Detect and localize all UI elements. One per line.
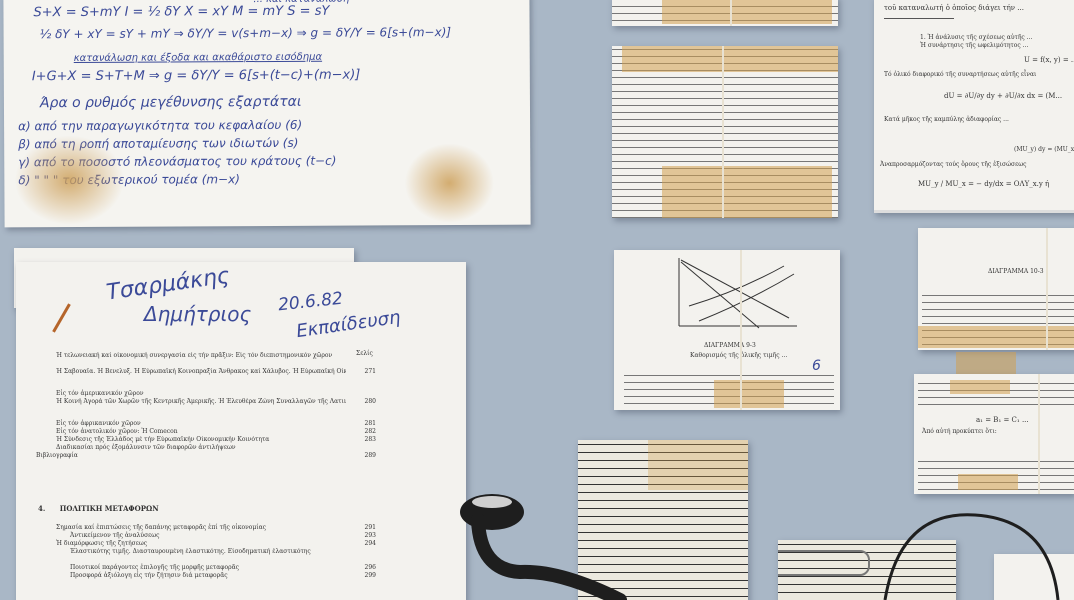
section-list: Σημασία καί ἐπιπτώσεις τῆς δαπάνης μεταφ… bbox=[56, 524, 376, 580]
toc-entry: Ποιοτικοί παράγοντες ἐπιλογῆς τῆς μορφῆς… bbox=[56, 564, 376, 572]
rolled-page-right-upper: ΔΙΑΓΡΑΜΜΑ 10-3 bbox=[918, 228, 1074, 350]
page-line: Ἀναπροσαρμόζοντας τούς ὅρους τῆς ἐξισώσε… bbox=[880, 161, 1026, 169]
toc-entry-page: 299 bbox=[365, 572, 376, 580]
toc-entry: Ἡ τελωνειακή καί οἰκονομική συνεργασία ε… bbox=[56, 352, 376, 360]
note-line: S+X = S+mY I = ½ δY X = xY M = mY S = sY bbox=[33, 4, 329, 21]
page-line: τοῦ καταναλωτή ὁ ὁποῖος διάγει τήν ... bbox=[884, 4, 1024, 12]
rolled-page-top-strip bbox=[612, 0, 838, 26]
toc-page: Τσαρμάκης Δημήτριος 20.6.82 Εκπαίδευση Σ… bbox=[16, 262, 466, 600]
paperclip-icon bbox=[778, 550, 870, 576]
toc-entry-text: Ποιοτικοί παράγοντες ἐπιλογῆς τῆς μορφῆς… bbox=[70, 564, 239, 572]
figure-title: ΔΙΑΓΡΑΜΜΑ 10-3 bbox=[988, 268, 1044, 276]
section-heading: 4. ΠΟΛΙΤΙΚΗ ΜΕΤΑΦΟΡΩΝ bbox=[38, 505, 159, 513]
page-line: (MU_y) dy = (MU_x) ... bbox=[1014, 146, 1074, 154]
divider bbox=[884, 18, 954, 19]
page-line: Τό ὁλικό διαφορικό τῆς συναρτήσεως αὐτῆς… bbox=[884, 71, 1036, 79]
handwritten-name: Τσαρμάκης bbox=[105, 263, 231, 305]
toc-entry: Ἡ Κοινή Ἀγορά τῶν Χωρῶν τῆς Κεντρικῆς Ἀμ… bbox=[56, 398, 376, 406]
toc-entry-page: 296 bbox=[365, 564, 376, 572]
note-line: κατανάλωση και έξοδα και ακαθάριστο εισό… bbox=[74, 52, 322, 64]
figure-title: ΔΙΑΓΡΑΜΜΑ 9-3 bbox=[704, 342, 756, 350]
toc-entry-page: 289 bbox=[365, 452, 376, 460]
note-line: Άρα ο ρυθμός μεγέθυνσης εξαρτάται bbox=[40, 94, 302, 111]
rolled-notes-paperclip bbox=[778, 540, 956, 600]
page-line: 1. Ἡ ἀνάλυσις τῆς σχέσεως αὐτῆς ... bbox=[920, 34, 1032, 42]
string bbox=[1038, 374, 1040, 494]
toc-entry-text: Βιβλιογραφία bbox=[36, 452, 78, 460]
rolled-page-tied-bundle bbox=[612, 46, 838, 218]
toc-entry: Ἡ διαμόρφωσις τῆς ζητήσεως294 bbox=[56, 540, 376, 548]
toc-entry: Ἡ Σύνδεσις τῆς Ἑλλάδος μέ τήν Εὐρωπαϊκήν… bbox=[56, 436, 376, 444]
page-line: Ἡ συνάρτησις τῆς ωφελιμότητος ... bbox=[920, 42, 1028, 50]
tape bbox=[648, 440, 748, 490]
section-title: ΠΟΛΙΤΙΚΗ ΜΕΤΑΦΟΡΩΝ bbox=[60, 504, 159, 513]
toc-entry-text: Ἡ διαμόρφωσις τῆς ζητήσεως bbox=[56, 540, 147, 548]
pencil-mark bbox=[52, 303, 71, 332]
string bbox=[730, 0, 732, 26]
toc-entry: Εἰς τόν ἀφρικανικόν χῶρον281 bbox=[56, 420, 376, 428]
string bbox=[722, 46, 724, 218]
handwritten-word: Εκπαίδευση bbox=[295, 307, 402, 342]
toc-entry-text: Ἡ Σύνδεσις τῆς Ἑλλάδος μέ τήν Εὐρωπαϊκήν… bbox=[56, 436, 346, 444]
toc-entry-page: 291 bbox=[365, 524, 376, 532]
toc-entry-text: Ἡ Σαβουαΐα. Ἡ Βενελυξ. Ἡ Εὐρωπαϊκή Κοινο… bbox=[56, 368, 346, 376]
toc-entry: Ἡ Σαβουαΐα. Ἡ Βενελυξ. Ἡ Εὐρωπαϊκή Κοινο… bbox=[56, 368, 376, 376]
toc-entry-text: Ἡ Κοινή Ἀγορά τῶν Χωρῶν τῆς Κεντρικῆς Ἀμ… bbox=[56, 398, 346, 406]
handwritten-given-name: Δημήτριος bbox=[144, 302, 251, 326]
tape bbox=[662, 0, 832, 24]
note-line: ½ δY + xY = sY + mY ⇒ δY/Y = v(s+m−x) ⇒ … bbox=[40, 25, 452, 41]
toc-entry: Ἐλαστικότης τιμῆς. Διασταυρουμένη ἐλαστι… bbox=[56, 548, 376, 556]
tape bbox=[622, 46, 838, 72]
tape bbox=[950, 380, 1010, 394]
stain bbox=[14, 135, 124, 226]
stain bbox=[404, 143, 494, 223]
page-line: MU_y / MU_x = − dy/dx = ΟΛΥ_x.y ή bbox=[918, 180, 1049, 188]
string bbox=[740, 250, 742, 410]
toc-list: Ἡ τελωνειακή καί οἰκονομική συνεργασία ε… bbox=[56, 352, 376, 460]
toc-entry-page: 282 bbox=[365, 428, 376, 436]
toc-entry-page: 283 bbox=[365, 436, 376, 444]
tape bbox=[918, 326, 1074, 348]
figure-caption: Καθορισμός τῆς ὁλικῆς τιμῆς ... bbox=[690, 352, 787, 360]
text-line: Ἀπό αὐτή προκύπτει ὅτι: bbox=[922, 428, 997, 436]
printed-page-top-right: τοῦ καταναλωτή ὁ ὁποῖος διάγει τήν ... 1… bbox=[874, 0, 1074, 213]
toc-entry-text: Προσφορά ἀξιόλογη εἰς τήν ζήτησιν διά με… bbox=[70, 572, 228, 580]
tape bbox=[958, 474, 1018, 490]
supply-demand-diagram bbox=[669, 256, 799, 336]
toc-entry-text: Ἐλαστικότης τιμῆς. Διασταυρουμένη ἐλαστι… bbox=[70, 548, 350, 556]
toc-entry-page: 280 bbox=[365, 398, 376, 406]
toc-entry-page: 271 bbox=[365, 368, 376, 376]
toc-entry-text: Ἀντικείμενον τῆς ἀναλύσεως bbox=[70, 532, 160, 540]
rolled-page-diagram: ΔΙΑΓΡΑΜΜΑ 9-3 Καθορισμός τῆς ὁλικῆς τιμῆ… bbox=[614, 250, 840, 410]
handwritten-date: 20.6.82 bbox=[277, 289, 344, 316]
toc-entry: Διαδικασίαι πρός ἐξομάλυνσιν τῶν διαφορῶ… bbox=[56, 444, 376, 452]
page-line: dU = ∂U/∂y dy + ∂U/∂x dx = (M... bbox=[944, 92, 1062, 100]
toc-entry-page: 281 bbox=[365, 420, 376, 428]
formula: a₁ = B₁ = C₁ ... bbox=[976, 416, 1029, 424]
toc-entry-text: Εἰς τόν ἀμερικανικόν χῶρον bbox=[56, 390, 143, 398]
section-number: 4. bbox=[38, 504, 45, 513]
toc-entry-page: 293 bbox=[365, 532, 376, 540]
toc-entry-text: Εἰς τόν ἀφρικανικόν χῶρον bbox=[56, 420, 141, 428]
toc-entry: Ἀντικείμενον τῆς ἀναλύσεως293 bbox=[56, 532, 376, 540]
toc-entry: Εἰς τόν ἀμερικανικόν χῶρον bbox=[56, 390, 376, 398]
toc-entry: Εἰς τόν ἀνατολικόν χῶρον: Ἡ Comecon282 bbox=[56, 428, 376, 436]
toc-entry-text: Ἡ τελωνειακή καί οἰκονομική συνεργασία ε… bbox=[56, 352, 346, 360]
toc-entry: Προσφορά ἀξιόλογη εἰς τήν ζήτησιν διά με… bbox=[56, 572, 376, 580]
note-line: I+G+X = S+T+M ⇒ g = δY/Y = 6[s+(t−c)+(m−… bbox=[32, 68, 361, 85]
rolled-page-right-lower: a₁ = B₁ = C₁ ... Ἀπό αὐτή προκύπτει ὅτι: bbox=[914, 374, 1074, 494]
tape bbox=[662, 166, 832, 218]
page-line: Κατά μῆκος τῆς καμπύλης ἀδιαφορίας ... bbox=[884, 116, 1009, 124]
toc-entry: Σημασία καί ἐπιπτώσεις τῆς δαπάνης μεταφ… bbox=[56, 524, 376, 532]
tape bbox=[714, 380, 784, 408]
toc-entry-text: Εἰς τόν ἀνατολικόν χῶρον: Ἡ Comecon bbox=[56, 428, 178, 436]
string bbox=[1046, 228, 1048, 350]
toc-entry: Βιβλιογραφία289 bbox=[36, 452, 376, 460]
toc-entry-page: 294 bbox=[365, 540, 376, 548]
handwritten-slip bbox=[578, 440, 748, 600]
toc-entry-text: Σημασία καί ἐπιπτώσεις τῆς δαπάνης μεταφ… bbox=[56, 524, 266, 532]
note-line: α) από την παραγωγικότητα του κεφαλαίου … bbox=[18, 118, 302, 133]
page-line: U = f(x, y) = ... bbox=[1024, 56, 1074, 64]
handwritten-note-top: ... και κατανάλωση S+X = S+mY I = ½ δY X… bbox=[3, 0, 530, 227]
tape-connector bbox=[956, 352, 1016, 374]
toc-entry-text: Διαδικασίαι πρός ἐξομάλυνσιν τῶν διαφορῶ… bbox=[56, 444, 236, 452]
small-paper-bottom-right bbox=[994, 554, 1074, 600]
